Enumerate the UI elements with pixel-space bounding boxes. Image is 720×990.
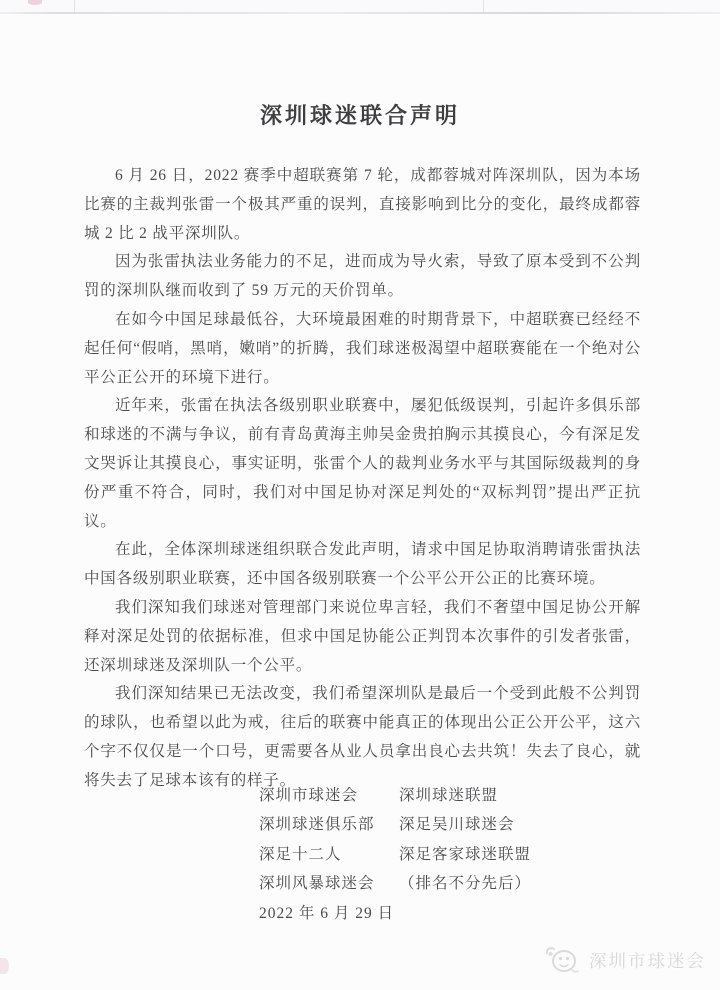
signatory: 深足客家球迷联盟 <box>399 840 531 869</box>
signatory: 深足十二人 <box>259 840 399 869</box>
signatory-note: （排名不分先后） <box>399 869 531 898</box>
paragraph-7: 我们深知结果已无法改变，我们希望深圳队是最后一个受到此般不公判罚的球队，也希望以… <box>84 680 641 795</box>
signature-row: 深圳市球迷会 深圳球迷联盟 <box>259 781 531 810</box>
scan-top-strip <box>0 0 720 12</box>
paragraph-5: 在此，全体深圳球迷组织联合发此声明，请求中国足协取消聘请张雷执法中国各级别职业联… <box>84 536 641 594</box>
scan-tick-mark <box>74 0 75 13</box>
paragraph-4: 近年来，张雷在执法各级别职业联赛中，屡犯低级误判，引起许多俱乐部和球迷的不满与争… <box>84 392 641 536</box>
signatory: 深足吴川球迷会 <box>399 810 531 839</box>
scan-tick-mark <box>483 0 484 13</box>
watermark-text: 深圳市球迷会 <box>589 948 706 973</box>
document-title: 深圳球迷联合声明 <box>0 99 720 130</box>
scanned-document-page: 深圳球迷联合声明 6 月 26 日，2022 赛季中超联赛第 7 轮，成都蓉城对… <box>0 0 720 990</box>
paragraph-2: 因为张雷执法业务能力的不足，进而成为导火索，导致了原本受到不公判罚的深圳队继而收… <box>84 248 641 306</box>
signatory: 深圳球迷俱乐部 <box>259 810 399 839</box>
fan-club-logo-icon <box>544 945 582 975</box>
signature-row: 深圳球迷俱乐部 深足吴川球迷会 <box>259 810 531 839</box>
paragraph-6: 我们深知我们球迷对管理部门来说位卑言轻，我们不奢望中国足协公开解释对深足处罚的依… <box>84 594 641 680</box>
scan-edge-line <box>0 12 720 14</box>
signature-row: 2022 年 6 月 29 日 <box>259 899 531 928</box>
pink-scan-smudge-top <box>28 0 42 5</box>
document-body: 6 月 26 日，2022 赛季中超联赛第 7 轮，成都蓉城对阵深圳队，因为本场… <box>84 162 641 796</box>
signatory: 深圳市球迷会 <box>259 781 399 810</box>
paragraph-1: 6 月 26 日，2022 赛季中超联赛第 7 轮，成都蓉城对阵深圳队，因为本场… <box>84 162 641 248</box>
signature-date: 2022 年 6 月 29 日 <box>259 899 399 928</box>
signatory: 深圳风暴球迷会 <box>259 869 399 898</box>
signatory: 深圳球迷联盟 <box>399 781 531 810</box>
signature-row: 深圳风暴球迷会 （排名不分先后） <box>259 869 531 898</box>
paragraph-3: 在如今中国足球最低谷，大环境最困难的时期背景下，中超联赛已经经不起任何“假哨，黑… <box>84 306 641 392</box>
signature-block: 深圳市球迷会 深圳球迷联盟 深圳球迷俱乐部 深足吴川球迷会 深足十二人 深足客家… <box>259 781 531 928</box>
pink-scan-smudge-bottom <box>0 958 9 974</box>
watermark: 深圳市球迷会 <box>544 945 706 975</box>
signature-row: 深足十二人 深足客家球迷联盟 <box>259 840 531 869</box>
